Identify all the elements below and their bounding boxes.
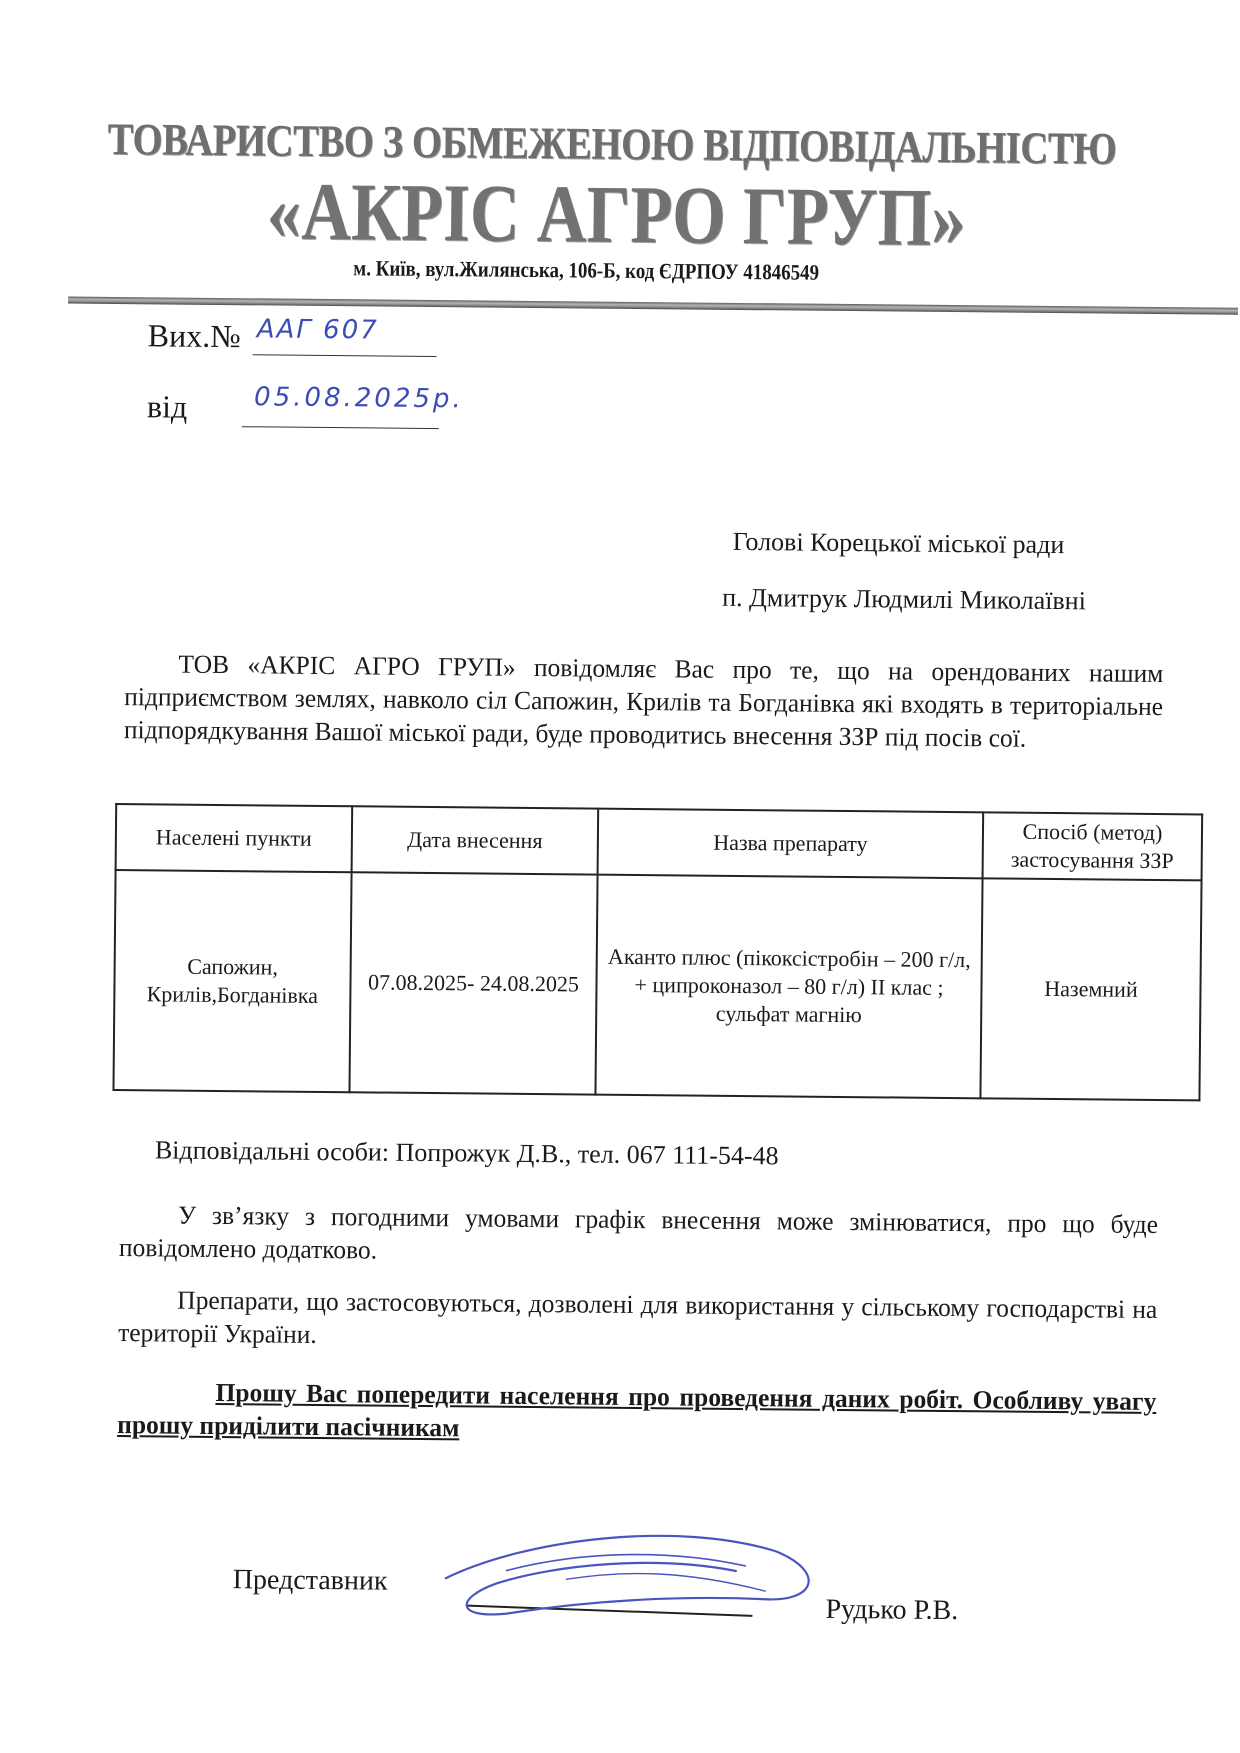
header-method: Спосіб (метод) застосування ЗЗР <box>983 812 1203 880</box>
letterhead-divider <box>68 297 1238 315</box>
cell-settlements: Сапожин, Крилів,Богданівка <box>113 870 351 1092</box>
cell-method: Наземний <box>980 878 1201 1100</box>
weather-paragraph: У зв’язку з погодними умовами графік вне… <box>119 1198 1158 1274</box>
header-product: Назва препарату <box>598 809 984 879</box>
signature-scribble-icon <box>435 1518 836 1632</box>
header-settlements: Населені пункти <box>116 804 352 872</box>
outgoing-number-value: ААГ 607 <box>253 314 437 357</box>
table-header-row: Населені пункти Дата внесення Назва преп… <box>116 804 1203 880</box>
application-schedule-table: Населені пункти Дата внесення Назва преп… <box>112 803 1203 1101</box>
permitted-paragraph: Препарати, що застосовуються, дозволені … <box>118 1283 1157 1359</box>
outgoing-date-label: від <box>147 388 188 425</box>
signatory-role: Представник <box>233 1564 388 1597</box>
addressee-position: Голові Корецької міської ради <box>732 514 1086 573</box>
outgoing-number-label: Вих.№ <box>148 317 241 355</box>
addressee-name: п. Дмитрук Людмилі Миколаївні <box>722 570 1086 629</box>
intro-paragraph: ТОВ «АКРІС АГРО ГРУП» повідомляє Вас про… <box>124 647 1164 756</box>
cell-product: Аканто плюс (пікоксістробін – 200 г/л, +… <box>596 875 983 1099</box>
request-paragraph: Прошу Вас попередити населення про прове… <box>117 1375 1156 1451</box>
table-row: Сапожин, Крилів,Богданівка 07.08.2025- 2… <box>113 870 1201 1100</box>
company-name: «АКРІС АГРО ГРУП» <box>266 164 966 265</box>
signatory-name: Рудько Р.В. <box>825 1594 958 1627</box>
outgoing-date-value: 05.08.2025р. <box>242 382 439 429</box>
cell-dates: 07.08.2025- 24.08.2025 <box>349 872 597 1094</box>
addressee-block: Голові Корецької міської ради п. Дмитрук… <box>732 514 1087 629</box>
letter-page: ТОВАРИСТВО З ОБМЕЖЕНОЮ ВІДПОВІДАЛЬНІСТЮ … <box>0 0 1240 1753</box>
header-date: Дата внесення <box>351 806 598 874</box>
responsible-persons: Відповідальні особи: Попрожук Д.В., тел.… <box>155 1135 779 1171</box>
company-address: м. Київ, вул.Жилянська, 106-Б, код ЄДРПО… <box>353 255 819 285</box>
company-type: ТОВАРИСТВО З ОБМЕЖЕНОЮ ВІДПОВІДАЛЬНІСТЮ <box>107 113 1071 174</box>
